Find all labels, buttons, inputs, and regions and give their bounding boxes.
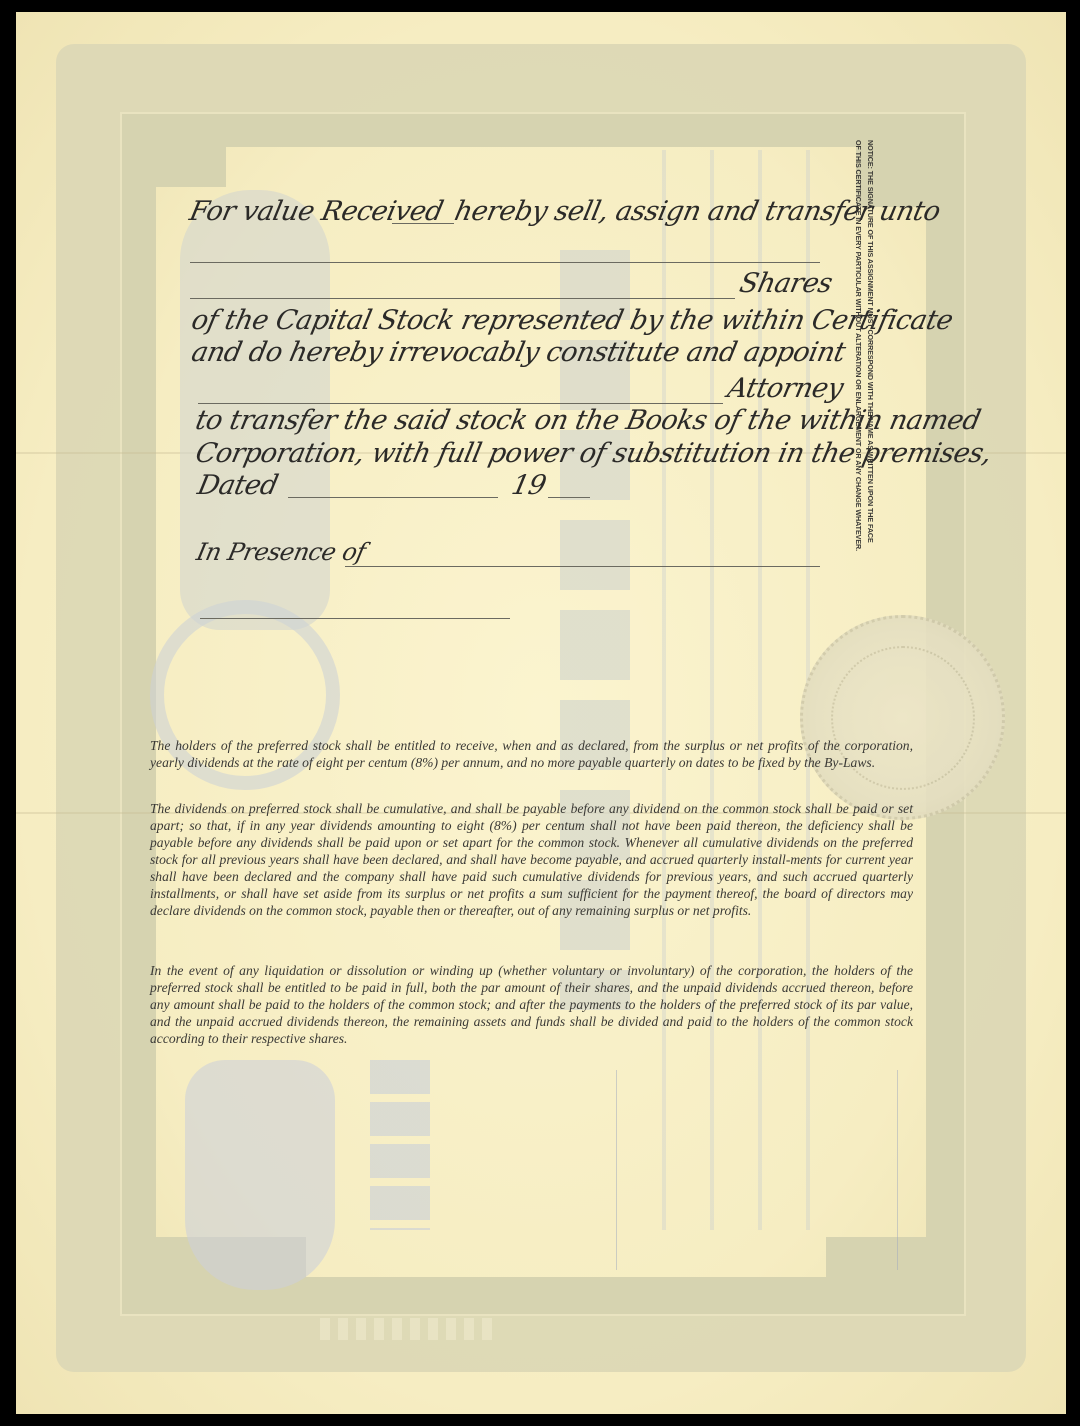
- corner-ornament: [826, 1237, 926, 1277]
- dated-label: Dated: [195, 470, 281, 501]
- attorney-name-line[interactable]: [198, 403, 723, 404]
- shares-label: Shares: [737, 268, 835, 299]
- cumulative-dividend-clause: The dividends on preferred stock shall b…: [150, 800, 913, 919]
- witness-signature-line[interactable]: [345, 566, 820, 567]
- constitute-appoint-text: and do hereby irrevocably constitute and…: [189, 337, 848, 368]
- assignor-line[interactable]: [392, 223, 454, 224]
- preferred-dividend-clause: The holders of the preferred stock shall…: [150, 737, 913, 771]
- liquidation-clause: In the event of any liquidation or disso…: [150, 962, 913, 1047]
- year-line[interactable]: [548, 497, 590, 498]
- bleed-through-signature-line: [616, 1070, 617, 1270]
- signature-notice: NOTICE: THE SIGNATURE OF THIS ASSIGNMENT…: [840, 140, 876, 660]
- corner-ornament: [156, 147, 226, 187]
- in-presence-of-label: In Presence of: [194, 538, 368, 566]
- year-prefix: 19: [509, 470, 549, 501]
- notice-line-2: OF THIS CERTIFICATE IN EVERY PARTICULAR …: [852, 140, 864, 660]
- corner-ornament: [156, 1237, 306, 1277]
- notice-line-1: NOTICE: THE SIGNATURE OF THIS ASSIGNMENT…: [864, 140, 876, 660]
- bleed-through-signature-line: [897, 1070, 898, 1270]
- date-line[interactable]: [288, 497, 498, 498]
- assignee-line[interactable]: [190, 262, 820, 263]
- witness-line-2[interactable]: [200, 618, 510, 619]
- attorney-label: Attorney: [725, 373, 846, 404]
- shares-amount-line[interactable]: [190, 298, 735, 299]
